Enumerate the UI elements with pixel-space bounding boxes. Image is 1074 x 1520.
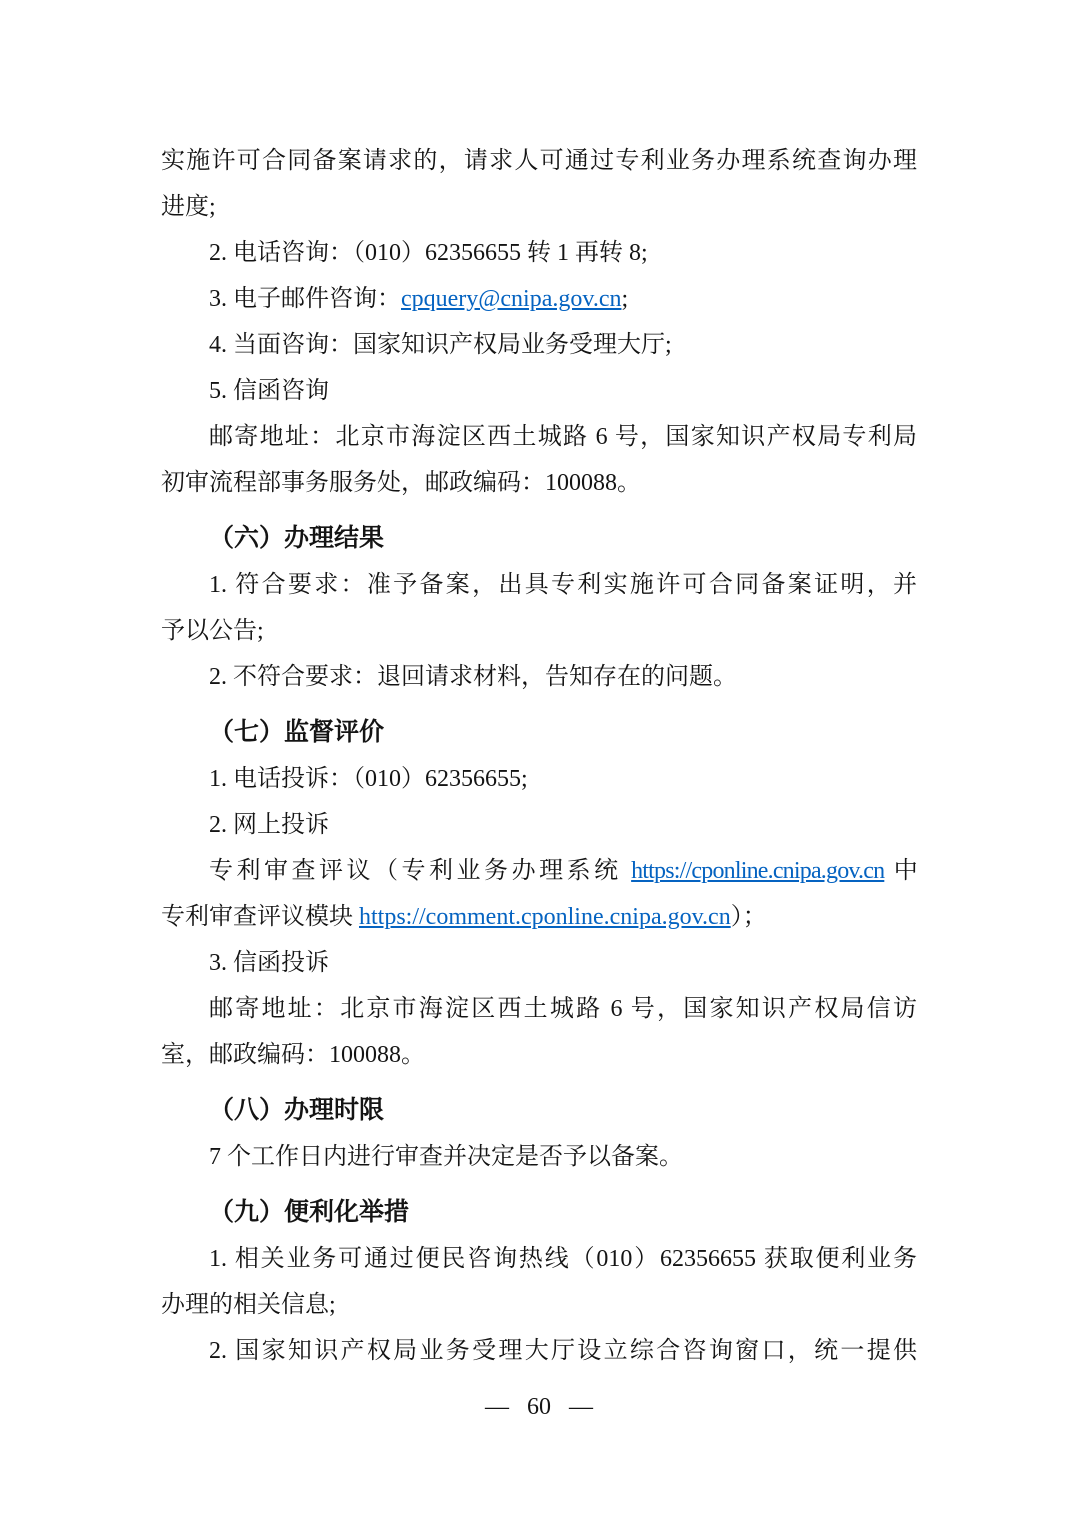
item-result-fail: 2. 不符合要求：退回请求材料，告知存在的问题。 [161, 654, 917, 700]
online-complaint-detail-line1: 专利审查评议（专利业务办理系统 https://cponline.cnipa.g… [161, 848, 917, 894]
cponline-link[interactable]: https://cponline.cnipa.gov.cn [631, 858, 884, 884]
comment-module-suffix: ）； [731, 904, 767, 930]
item-service-window-line1: 2. 国家知识产权局业务受理大厅设立综合咨询窗口，统一提供 [161, 1328, 917, 1374]
item-email-consult-suffix: ; [621, 286, 628, 312]
online-complaint-prefix: 专利审查评议（专利业务办理系统 [209, 858, 631, 884]
para-progress-query-line1: 实施许可合同备案请求的，请求人可通过专利业务办理系统查询办理 [161, 138, 917, 184]
email-link[interactable]: cpquery@cnipa.gov.cn [401, 286, 621, 312]
document-page: 实施许可合同备案请求的，请求人可通过专利业务办理系统查询办理 进度; 2. 电话… [0, 0, 1074, 1520]
item-hotline-line1: 1. 相关业务可通过便民咨询热线（010）62356655 获取便利业务 [161, 1236, 917, 1282]
footer-dash-right: — [569, 1391, 593, 1423]
heading-section-7-supervision: （七）监督评价 [161, 710, 917, 756]
footer-dash-left: — [485, 1391, 509, 1423]
heading-section-8-time-limit: （八）办理时限 [161, 1088, 917, 1134]
mail-address-petition-line2: 室，邮政编码：100088。 [161, 1032, 917, 1078]
heading-section-9-convenience: （九）便利化举措 [161, 1190, 917, 1236]
page-number: 60 [527, 1391, 551, 1423]
comment-link[interactable]: https://comment.cponline.cnipa.gov.cn [359, 904, 731, 930]
item-result-pass-line2: 予以公告; [161, 608, 917, 654]
mail-address-patent-office-line1: 邮寄地址：北京市海淀区西土城路 6 号，国家知识产权局专利局 [161, 414, 917, 460]
mail-address-patent-office-line2: 初审流程部事务服务处，邮政编码：100088。 [161, 460, 917, 506]
item-result-pass-line1: 1. 符合要求：准予备案，出具专利实施许可合同备案证明，并 [161, 562, 917, 608]
line-time-limit: 7 个工作日内进行审查并决定是否予以备案。 [161, 1134, 917, 1180]
heading-section-6-result: （六）办理结果 [161, 516, 917, 562]
item-phone-complaint: 1. 电话投诉：（010）62356655; [161, 756, 917, 802]
page-content: 实施许可合同备案请求的，请求人可通过专利业务办理系统查询办理 进度; 2. 电话… [0, 0, 1074, 1423]
item-phone-consult: 2. 电话咨询：（010）62356655 转 1 再转 8; [161, 230, 917, 276]
item-email-consult-prefix: 3. 电子邮件咨询： [209, 286, 401, 312]
item-in-person-consult: 4. 当面咨询：国家知识产权局业务受理大厅; [161, 322, 917, 368]
mail-address-petition-line1: 邮寄地址：北京市海淀区西土城路 6 号，国家知识产权局信访 [161, 986, 917, 1032]
online-complaint-detail-line2: 专利审查评议模块 https://comment.cponline.cnipa.… [161, 894, 917, 940]
item-online-complaint: 2. 网上投诉 [161, 802, 917, 848]
item-letter-consult: 5. 信函咨询 [161, 368, 917, 414]
item-hotline-line2: 办理的相关信息; [161, 1282, 917, 1328]
item-email-consult: 3. 电子邮件咨询：cpquery@cnipa.gov.cn; [161, 276, 917, 322]
page-footer: —60— [161, 1391, 917, 1423]
para-progress-query-line2: 进度; [161, 184, 917, 230]
online-complaint-middle: 中 [884, 858, 917, 884]
comment-module-prefix: 专利审查评议模块 [161, 904, 359, 930]
item-letter-complaint: 3. 信函投诉 [161, 940, 917, 986]
